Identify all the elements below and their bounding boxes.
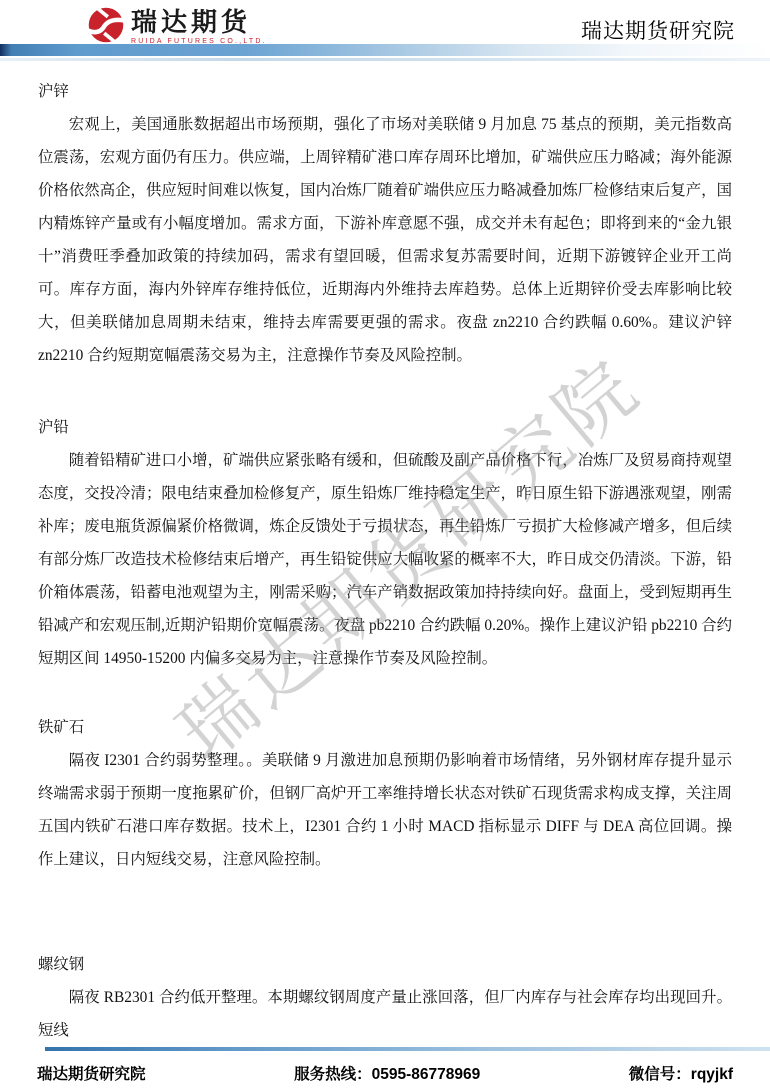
- section-rebar: 螺纹钢 隔夜 RB2301 合约低开整理。本期螺纹钢周度产量止涨回落，但厂内库存…: [38, 948, 732, 1047]
- report-page: 瑞达期货 RUIDA FUTURES CO.,LTD. 瑞达期货研究院 沪锌 宏…: [0, 0, 770, 1089]
- footer-wechat: 微信号：rqyjkf: [629, 1062, 733, 1084]
- footer-wechat-label: 微信号：: [629, 1066, 691, 1083]
- footer-row: 瑞达期货研究院 服务热线：0595-86778969 微信号：rqyjkf: [0, 1062, 770, 1084]
- page-footer: 瑞达期货研究院 服务热线：0595-86778969 微信号：rqyjkf: [0, 1047, 770, 1089]
- header-title: 瑞达期货研究院: [581, 15, 735, 45]
- logo-text: 瑞达期货 RUIDA FUTURES CO.,LTD.: [131, 5, 267, 46]
- section-iron-ore: 铁矿石 隔夜 I2301 合约弱势整理。。美联储 9 月激进加息预期仍影响着市场…: [38, 711, 732, 876]
- section-heading: 沪锌: [38, 75, 732, 108]
- footer-hotline-number: 0595-86778969: [372, 1066, 481, 1083]
- page-header: 瑞达期货 RUIDA FUTURES CO.,LTD. 瑞达期货研究院: [0, 0, 770, 44]
- section-paragraph: 隔夜 RB2301 合约低开整理。本期螺纹钢周度产量止涨回落，但厂内库存与社会库…: [38, 981, 732, 1047]
- footer-wechat-id: rqyjkf: [691, 1066, 733, 1083]
- section-shanghai-zinc: 沪锌 宏观上，美国通胀数据超出市场预期，强化了市场对美联储 9 月加息 75 基…: [38, 75, 732, 372]
- footer-org: 瑞达期货研究院: [37, 1062, 146, 1084]
- logo-brand-en: RUIDA FUTURES CO.,LTD.: [131, 37, 267, 46]
- footer-divider-bar: [45, 1047, 770, 1051]
- section-heading: 沪铅: [38, 411, 732, 444]
- section-paragraph: 宏观上，美国通胀数据超出市场预期，强化了市场对美联储 9 月加息 75 基点的预…: [38, 108, 732, 372]
- header-divider-line: [0, 58, 770, 61]
- section-paragraph: 隔夜 I2301 合约弱势整理。。美联储 9 月激进加息预期仍影响着市场情绪，另…: [38, 744, 732, 876]
- section-heading: 铁矿石: [38, 711, 732, 744]
- footer-hotline-label: 服务热线：: [294, 1066, 372, 1083]
- logo-brand-cn: 瑞达期货: [131, 7, 267, 37]
- section-heading: 螺纹钢: [38, 948, 732, 981]
- section-shanghai-lead: 沪铅 随着铅精矿进口小增，矿端供应紧张略有缓和，但硫酸及副产品价格下行，冶炼厂及…: [38, 411, 732, 675]
- company-logo: 瑞达期货 RUIDA FUTURES CO.,LTD.: [86, 5, 267, 46]
- logo-swirl-icon: [86, 5, 126, 45]
- section-paragraph: 随着铅精矿进口小增，矿端供应紧张略有缓和，但硫酸及副产品价格下行，冶炼厂及贸易商…: [38, 444, 732, 675]
- report-body: 沪锌 宏观上，美国通胀数据超出市场预期，强化了市场对美联储 9 月加息 75 基…: [0, 75, 770, 1047]
- footer-hotline: 服务热线：0595-86778969: [294, 1062, 480, 1084]
